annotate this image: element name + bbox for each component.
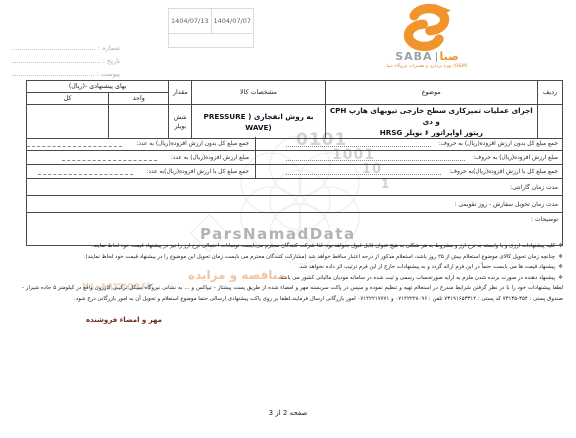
unit-price-cell [109, 105, 169, 139]
specs-line2: (WAVE [194, 122, 322, 133]
total-without-vat-row: جمع مبلغ کل بدون ارزش افزوده(ریال) به حر… [27, 137, 562, 151]
items-table: ردیف موضوع مشخصات کالا مقدار بهای پیشنها… [26, 80, 563, 139]
fill-line [286, 141, 431, 147]
logo-tagline: بهره برداری و تعمیرات نیروگاه صبا (O&M) [372, 64, 482, 69]
dates-table: 1404/07/13 1404/07/07 [168, 8, 254, 48]
ref-number-label: شماره : [98, 44, 120, 52]
specs-line1: به روش انفجاری ( PRESSURE [194, 111, 322, 122]
qty-line2: بویلر [171, 122, 189, 131]
ref-number-row: شماره : [10, 40, 120, 52]
vat-words-label: مبلغ ارزش افزوده(ریال) به حروف: [473, 155, 558, 161]
qty-cell: شش بویلر [169, 105, 192, 139]
fill-line [38, 169, 133, 175]
date-cell-right: 1404/07/07 [212, 9, 254, 33]
warranty-label: مدت زمان گارانتی: [510, 184, 558, 191]
col-header-subject: موضوع [325, 81, 537, 105]
diamond-bullet-icon: ❖ [558, 243, 563, 250]
terms-list: ❖ کلیه پیشنهادات ارزی و یا وابسته به نرخ… [22, 243, 563, 285]
warranty-row: مدت زمان گارانتی: [27, 179, 562, 196]
total-with-vat-words-label: جمع مبلغ کل با ارزش افزوده(ریال)به حروف: [449, 169, 558, 175]
date-cell-left: 1404/07/13 [169, 9, 212, 33]
col-header-price: بهای پیشنهادی -(ریال) [27, 81, 169, 93]
logo-brand-en: SABA [395, 50, 432, 63]
company-logo: SABA صبا بهره برداری و تعمیرات نیروگاه ص… [372, 2, 482, 69]
qty-line1: شش [171, 113, 189, 122]
total-price-cell [27, 105, 109, 139]
term-item: ❖ کلیه پیشنهادات ارزی و یا وابسته به نرخ… [22, 243, 563, 250]
subject-line1: اجرای عملیات تمیزکاری سطح خارجی تیوبهای … [328, 105, 535, 127]
logo-divider [436, 52, 437, 62]
notes-box: توضیحات : [27, 213, 562, 246]
vat-number-label: مبلغ ارزش افزوده(ریال) به عدد: [171, 155, 249, 161]
col-header-specs: مشخصات کالا [192, 81, 325, 105]
inquiry-form-page: 0101 1001 10 1 ParsNamadData مناقصه و مز… [0, 0, 576, 438]
page-number: صفحه 2 از 3 [0, 409, 576, 417]
specs-cell: به روش انفجاری ( PRESSURE (WAVE [192, 105, 325, 139]
ref-date-label: تاریخ : [103, 57, 120, 65]
subject-cell: اجرای عملیات تمیزکاری سطح خارجی تیوبهای … [325, 105, 537, 139]
term-item: ❖ چنانچه زمان تحویل کالای موضوع استعلام … [22, 254, 563, 261]
total-with-vat-number-label: جمع مبلغ کل با ارزش افزوده(ریال)به عدد: [147, 169, 249, 175]
fill-line [286, 155, 465, 161]
delivery-time-row: مدت زمان تحویل سفارش - روز تقویمی : [27, 196, 562, 213]
notes-label: توضیحات : [531, 216, 558, 223]
ref-date-row: تاریخ : [10, 53, 120, 65]
term-text: پیشنهاد قیمت ها می بایست حتماً در این فر… [298, 264, 555, 271]
mailing-instructions: لطفا پیشنهادات خود را با در نظر گرفتن شر… [22, 283, 563, 304]
ref-number-line [12, 43, 95, 50]
vat-amount-row: مبلغ ارزش افزوده(ریال) به حروف: مبلغ ارز… [27, 151, 562, 165]
reference-block: شماره : تاریخ : پیوست : [10, 40, 120, 79]
col-header-row-number: ردیف [537, 81, 562, 105]
dates-empty-row [169, 33, 253, 47]
fill-line [62, 155, 157, 161]
term-item: ❖ پیشنهاد دهنده در صورت برنده شدن ملزم ب… [22, 275, 563, 282]
ref-date-line [12, 56, 100, 63]
ref-attachment-row: پیوست : [10, 66, 120, 78]
total-without-vat-number-label: جمع مبلغ کل بدون ارزش افزوده(ریال) به عد… [136, 141, 249, 147]
row-number-cell [537, 105, 562, 139]
term-item: ❖ پیشنهاد قیمت ها می بایست حتماً در این … [22, 264, 563, 271]
diamond-bullet-icon: ❖ [558, 254, 563, 261]
col-header-total-price: کل [27, 93, 109, 105]
logo-brand-fa: صبا [440, 50, 459, 63]
total-without-vat-words-label: جمع مبلغ کل بدون ارزش افزوده(ریال) به حر… [439, 141, 558, 147]
ref-attachment-line [12, 69, 94, 76]
fill-line [27, 141, 122, 147]
amount-rows-section: جمع مبلغ کل بدون ارزش افزوده(ریال) به حر… [26, 137, 563, 246]
diamond-bullet-icon: ❖ [558, 264, 563, 271]
ref-attachment-label: پیوست : [97, 70, 120, 78]
col-header-unit-price: واحد [109, 93, 169, 105]
term-text: چنانچه زمان تحویل کالای موضوع استعلام بی… [84, 254, 555, 261]
seller-signature-label: مهر و امضاء فروشنده [86, 316, 162, 324]
fill-line [286, 169, 441, 175]
col-header-qty: مقدار [169, 81, 192, 105]
total-with-vat-row: جمع مبلغ کل با ارزش افزوده(ریال)به حروف:… [27, 165, 562, 179]
saba-logo-icon [399, 2, 455, 52]
term-text: کلیه پیشنهادات ارزی و یا وابسته به نرخ ا… [92, 243, 555, 250]
delivery-label: مدت زمان تحویل سفارش - روز تقویمی : [455, 201, 559, 208]
diamond-bullet-icon: ❖ [558, 275, 563, 282]
term-text: پیشنهاد دهنده در صورت برنده شدن ملزم به … [278, 275, 555, 282]
